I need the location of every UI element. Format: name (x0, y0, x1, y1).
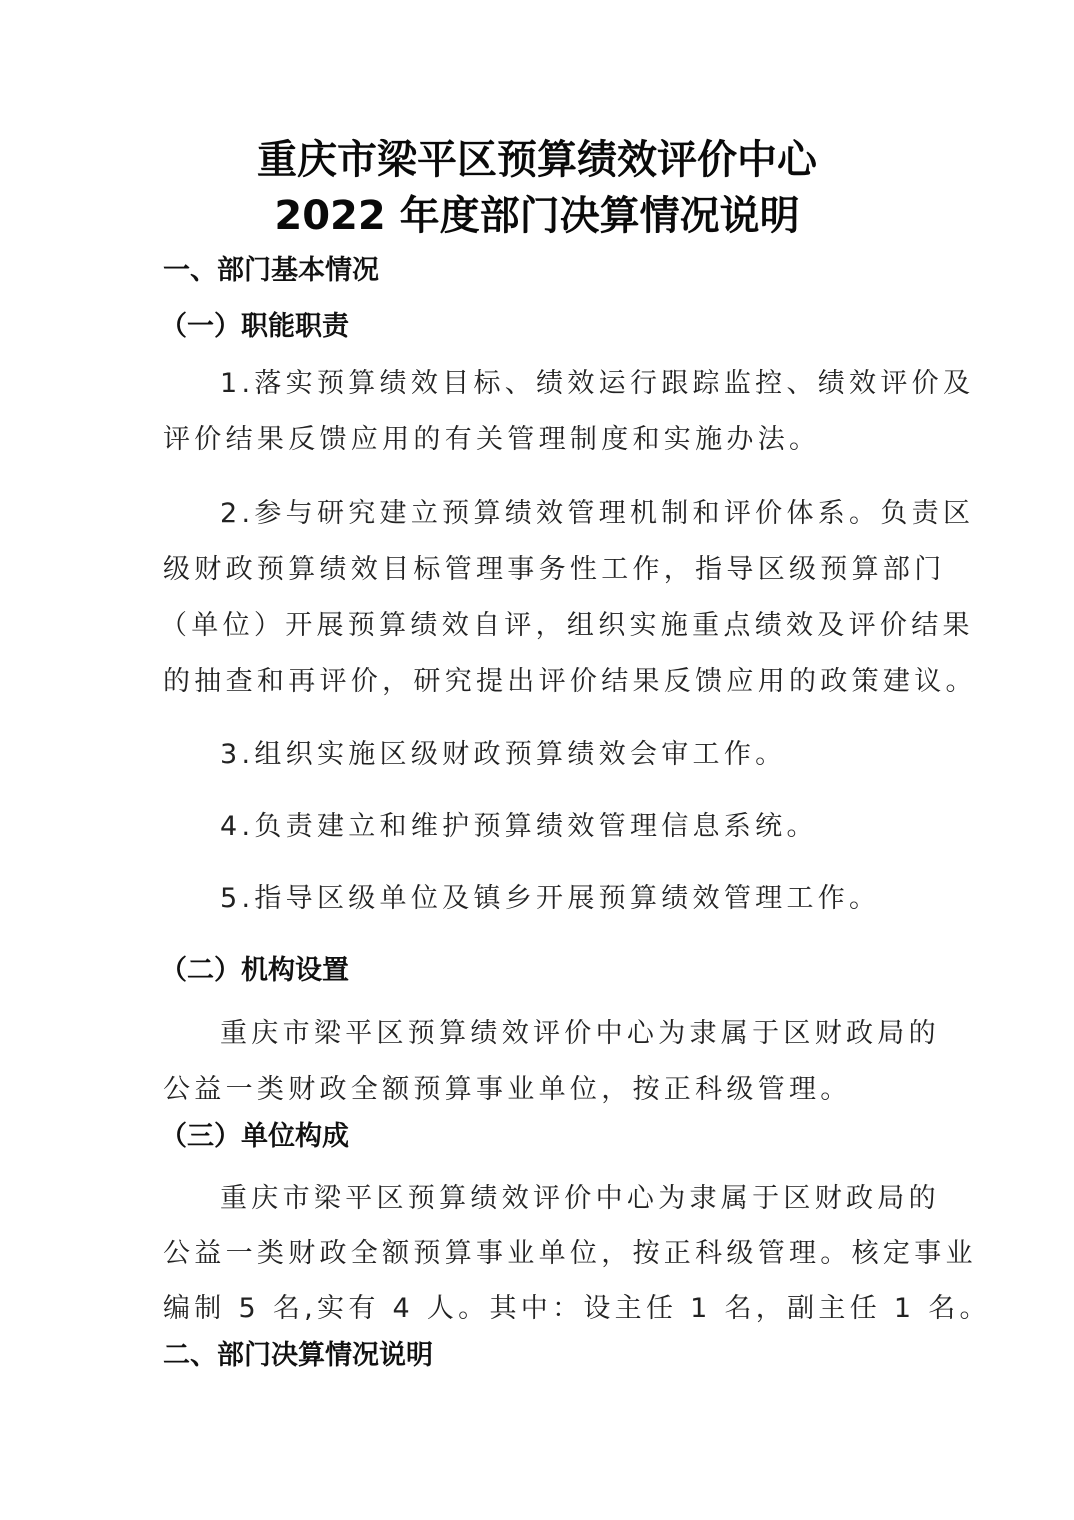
org-setup-line1: 重庆市梁平区预算绩效评价中心为隶属于区财政局的 (220, 1020, 940, 1047)
section1-heading: 一、部门基本情况 (163, 257, 379, 284)
duty-item-1-line2: 评价结果反馈应用的有关管理制度和实施办法。 (163, 426, 820, 453)
subsection2-heading: （二）机构设置 (160, 957, 349, 984)
document-page: 重庆市梁平区预算绩效评价中心 2022 年度部门决算情况说明 一、部门基本情况 … (0, 0, 1074, 1520)
document-title-line2: 2022 年度部门决算情况说明 (0, 196, 1074, 236)
document-title-line1: 重庆市梁平区预算绩效评价中心 (0, 140, 1074, 180)
duty-item-2-line2: 级财政预算绩效目标管理事务性工作，指导区级预算部门 (163, 556, 946, 583)
duty-item-1-line1: 1.落实预算绩效目标、绩效运行跟踪监控、绩效评价及 (220, 370, 974, 397)
unit-composition-line2: 公益一类财政全额预算事业单位，按正科级管理。核定事业 (163, 1240, 977, 1267)
org-setup-line2: 公益一类财政全额预算事业单位，按正科级管理。 (163, 1076, 852, 1103)
unit-composition-line3: 编制 5 名,实有 4 人。其中：设主任 1 名，副主任 1 名。 (163, 1295, 991, 1322)
section2-heading: 二、部门决算情况说明 (163, 1342, 433, 1369)
unit-composition-line1: 重庆市梁平区预算绩效评价中心为隶属于区财政局的 (220, 1185, 940, 1212)
duty-item-5: 5.指导区级单位及镇乡开展预算绩效管理工作。 (220, 885, 880, 912)
duty-item-3: 3.组织实施区级财政预算绩效会审工作。 (220, 741, 786, 768)
duty-item-2-line1: 2.参与研究建立预算绩效管理机制和评价体系。负责区 (220, 500, 974, 527)
duty-item-4: 4.负责建立和维护预算绩效管理信息系统。 (220, 813, 818, 840)
subsection3-heading: （三）单位构成 (160, 1123, 349, 1150)
duty-item-2-line3: （单位）开展预算绩效自评，组织实施重点绩效及评价结果 (160, 612, 974, 639)
subsection1-heading: （一）职能职责 (160, 313, 349, 340)
duty-item-2-line4: 的抽查和再评价，研究提出评价结果反馈应用的政策建议。 (163, 668, 977, 695)
